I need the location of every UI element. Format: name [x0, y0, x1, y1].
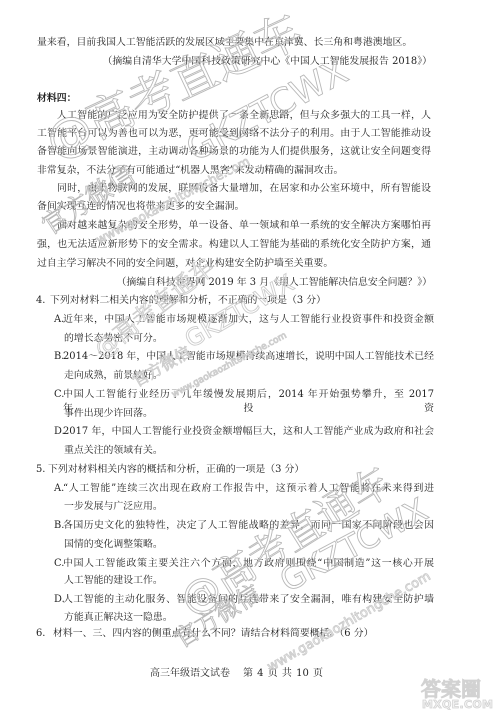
corner-logo-domain: MXQE.COM [422, 699, 493, 710]
option-text-line: 中国人工智能政策主要关注六个方面，地方政府则围绕“中国制造”这一核心开展 [63, 557, 434, 571]
question-number: 5. [36, 463, 45, 477]
paragraph-line: 人工智能的广泛应用为安全防护提供了一条全新思路，但与众多强大的工具一样，人 [57, 109, 431, 123]
paragraph-line: 强，也无法适应新形势下的安全需求。构建以人工智能为基础的系统化安全防护方案，通 [37, 238, 431, 252]
question-number: 4. [36, 294, 45, 308]
paragraph-line: 面对越来越复杂的安全形势，单一设备、单一领域和单一系统的安全解决方案哪怕再 [57, 219, 431, 233]
corner-logo-name: 答案圈 [421, 679, 481, 699]
option-text-line: 中国人工智能行业经历了几年缓慢发展期后，2014 年开始强势攀升，至 2017 … [63, 388, 434, 402]
question-number: 6. [36, 627, 45, 641]
option-text-line: 的增长态势密不可分。 [64, 332, 163, 346]
paragraph-line: 备智能向场景智能演进，主动调动各种场景的功能为人们提供服务，这就让安全问题变得 [37, 145, 431, 159]
footer-title: 高三年级语文试卷 [150, 667, 230, 681]
option-text-line: 人工智能的主动化服务、智能设备间的互连带来了安全漏洞，唯有构建安全防护墙 [63, 593, 434, 607]
material-3-last-line: 量来看，目前我国人工智能活跃的发展区域主要集中在京津冀、长三角和粤港澳地区。 [37, 36, 412, 50]
option-text-line: 近年来，中国人工智能市场规模逐渐加大，这与人工智能行业投资事件和投资金额 [63, 313, 434, 327]
question-stem: 下列对材料二相关内容的理解和分析，不正确的一项是（3 分） [50, 294, 326, 308]
material-3-source: （摘编自清华大学中国科技政策研究中心《中国人工智能发展报告 2018》） [96, 55, 432, 69]
paragraph-line: 非常复杂，不法分子有可能通过“机器人黑客”来发动精确的漏洞攻击。 [37, 164, 343, 178]
footer-page-info: 第 4 页 共 10 页 [243, 667, 323, 681]
watermark-url: www.gaokaozhitongche.com [266, 570, 433, 674]
option-text-line: 2014～2018 年，中国人工智能市场规模持续高速增长，说明中国人工智能技术已… [63, 350, 434, 364]
option-text-line: 事件出现少许回落。 [64, 407, 153, 421]
paragraph-line: 同时，由于物联网的发展，联网设备大量增加，在居家和办公室环境中，所有智能设 [57, 182, 431, 196]
question-stem: 材料一、三、四内容的侧重点有什么不同？请结合材料简要概括。（6 分） [53, 627, 373, 641]
watermark-code: GKZTCWX [275, 493, 432, 597]
exam-page: 量来看，目前我国人工智能活跃的发展区域主要集中在京津冀、长三角和粤港澳地区。 （… [0, 0, 500, 720]
option-text-line: 重点关注的领域有关。 [64, 444, 163, 458]
material-4-source: （摘编自科技世界网 2019 年 3 月《用人工智能解决信息安全问题？》） [96, 276, 432, 290]
material-4-heading: 材料四： [37, 92, 77, 106]
option-text-line: 走向成熟，前景较好。 [64, 369, 163, 383]
watermark-brand: @高考直通车 [39, 7, 309, 165]
option-text-line: “人工智能”连续三次出现在政府工作报告中，这预示着人工智能将在未来得到进 [63, 482, 434, 496]
question-stem: 下列对材料相关内容的概括和分析，正确的一项是（3 分） [48, 463, 304, 477]
option-text-line: 国情的变化调整策略。 [64, 538, 163, 552]
paragraph-line: 过自主学习解决不同的安全问题，对企业构建安全防护墙至关重要。 [37, 257, 333, 271]
paragraph-line: 工智能平台可以为善也可以为恶，更可能受到网络不法分子的利用。由于人工智能推动设 [37, 127, 431, 141]
option-text-line: 各国历史文化的独特性，决定了人工智能战略的差异，而同一国家不同阶段也会因 [63, 519, 434, 533]
option-text-line: 方能真正解决这一隐患。 [64, 611, 173, 625]
paragraph-line: 备间实现互连的情况也将带来更多的安全漏洞。 [37, 200, 244, 214]
option-text-line: 人工智能的建设工作。 [64, 574, 163, 588]
option-text-line: 2017 年，中国人工智能行业投资金额增幅巨大，这和人工智能产业成为政府和社会 [63, 425, 434, 439]
option-text-line: 一步发展与广泛应用。 [64, 500, 163, 514]
watermark-wechat: 官方微信 [170, 581, 264, 652]
